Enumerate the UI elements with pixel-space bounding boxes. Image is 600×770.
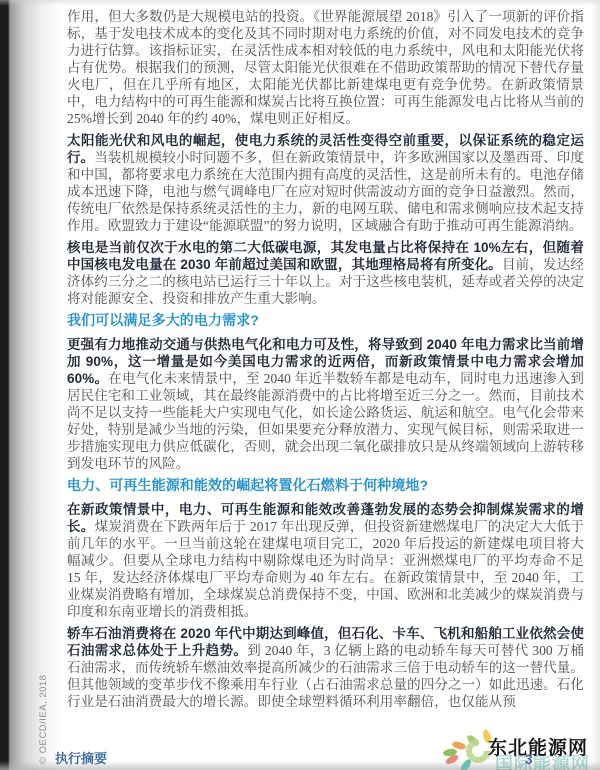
paragraph: 太阳能光伏和风电的崛起，使电力系统的灵活性变得空前重要，以保证系统的稳定运行。当… (67, 132, 584, 234)
paragraph: 在新政策情景中，电力、可再生能源和能效改善蓬勃发展的态势会抑制煤炭需求的增长。煤… (67, 501, 584, 620)
paragraph-text: 当装机规模较小时问题不多，但在新政策情景中，许多欧洲国家以及墨西哥、印度和中国，… (67, 150, 584, 233)
paragraph-text: 在电气化未来情景中，至 2040 年近半数轿车都是电动车，同时电力迅速渗入到居民… (67, 371, 584, 471)
paragraph-text: 煤炭消费在下跌两年后于 2017 年出现反弹，但投资新建燃煤电厂的决定大大低于前… (67, 519, 584, 619)
page-left-edge-shadow (0, 0, 60, 770)
paragraph-text: 作用，但大多数仍是大规模电站的投资。《世界能源展望 2018》引入了一项新的评价… (67, 9, 584, 126)
scanned-report-page: { "page": { "side_note": "© OECD/IEA, 20… (0, 0, 600, 770)
watermark-logo: 国际能源网 东北能源网 (438, 731, 600, 770)
paragraph: 核电是当前仅次于水电的第二大低碳电源，其发电量占比将保持在 10%左右，但随着中… (67, 239, 584, 307)
document-body: 作用，但大多数仍是大规模电站的投资。《世界能源展望 2018》引入了一项新的评价… (67, 8, 584, 715)
footer-section-label: 执行摘要 (55, 748, 107, 767)
paragraph: 更强有力地推动交通与供热电气化和电力可及性，将导致到 2040 年电力需求比当前… (67, 336, 584, 472)
page-right-edge-shadow (590, 0, 600, 770)
page-number: 3 (525, 752, 533, 767)
page-top-edge-shadow (0, 0, 600, 6)
paragraph: 作用，但大多数仍是大规模电站的投资。《世界能源展望 2018》引入了一项新的评价… (67, 8, 584, 127)
paragraph: 轿车石油消费将在 2020 年代中期达到峰值，但石化、卡车、飞机和船舶工业依然会… (67, 625, 584, 710)
section-heading: 我们可以满足多大的电力需求? (67, 312, 584, 329)
watermark-title: 东北能源网 (488, 733, 588, 760)
copyright-side-note: © OECD/IEA, 2018 (38, 675, 49, 764)
section-heading: 电力、可再生能源和能效的崛起将置化石燃料于何种境地? (67, 477, 584, 494)
